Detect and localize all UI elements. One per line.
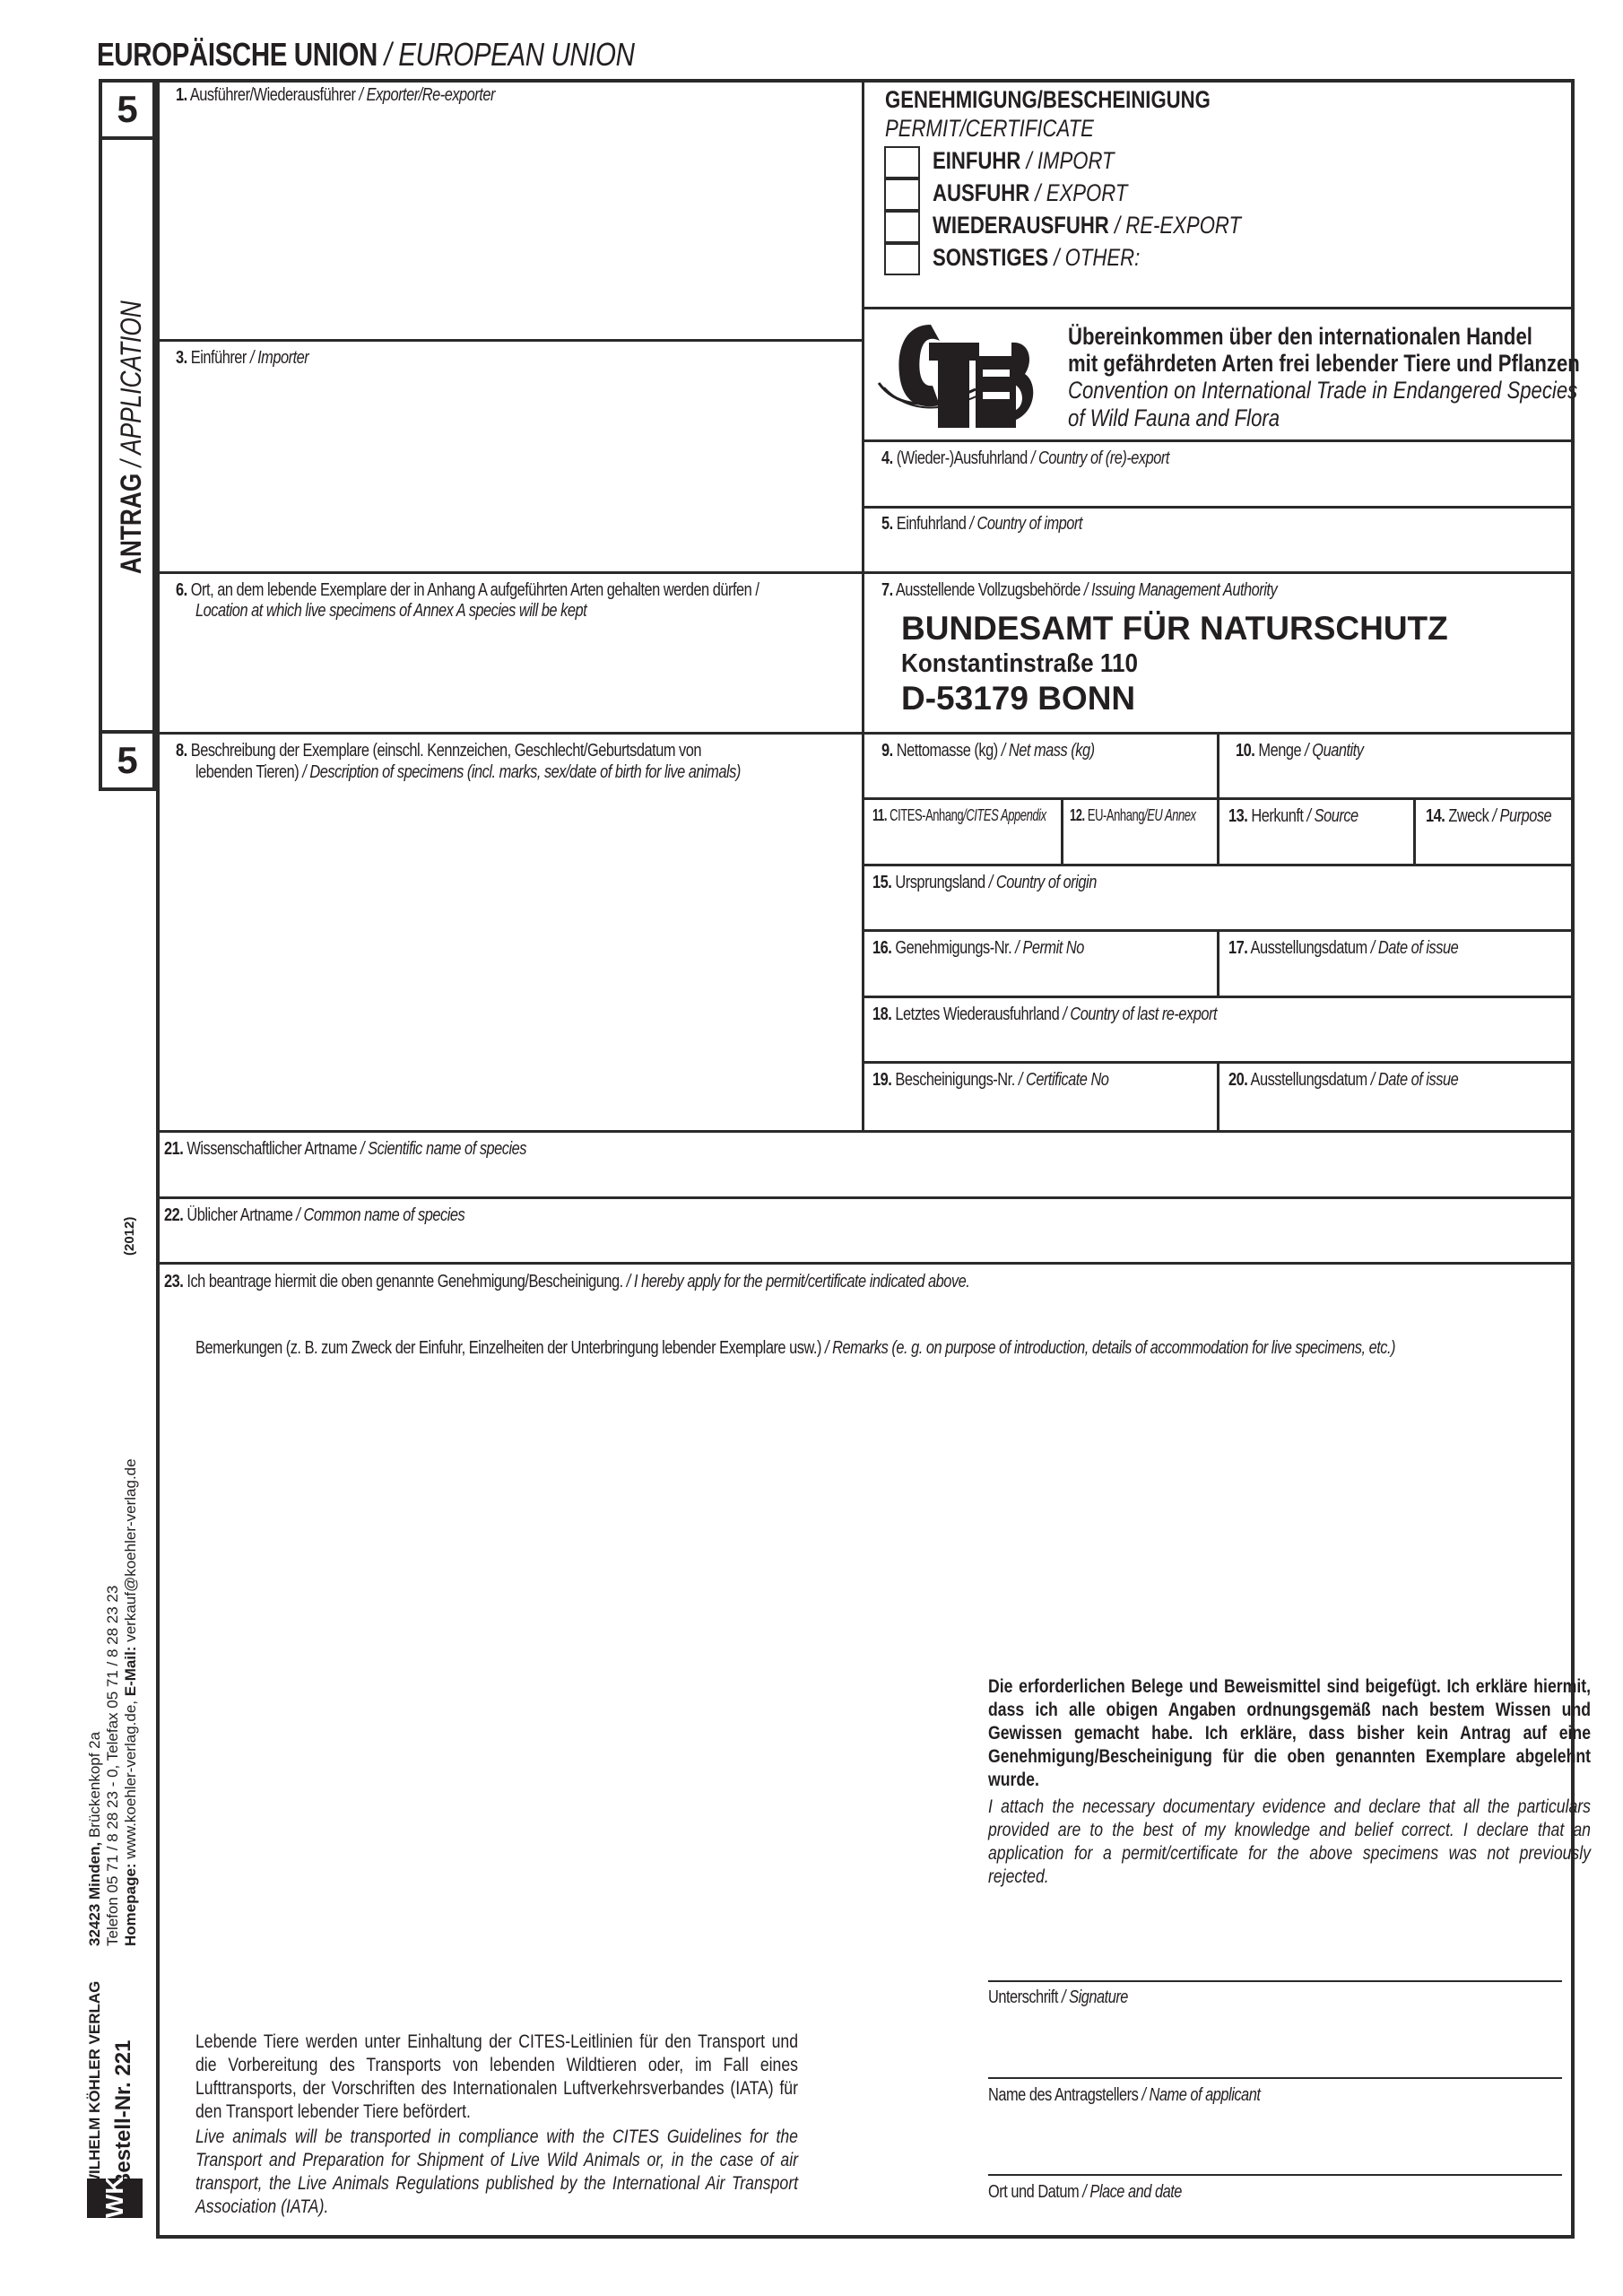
divider [862, 864, 1575, 866]
scientific-name-field[interactable] [176, 1162, 1557, 1193]
permit-date-field[interactable] [1228, 962, 1560, 991]
publisher-web: Homepage: www.koehler-verlag.de, E-Mail:… [122, 1458, 140, 1946]
field-10-label: 10. Menge / Quantity [1236, 741, 1363, 761]
divider [1217, 732, 1219, 864]
copy-number-top: 5 [99, 79, 156, 140]
field-13-label: 13. Herkunft / Source [1228, 806, 1358, 827]
section-label-de: ANTRAG [115, 474, 147, 574]
common-name-field[interactable] [176, 1229, 1557, 1259]
document-title: EUROPÄISCHE UNION / EUROPEAN UNION [97, 36, 635, 74]
divider [156, 1262, 1575, 1265]
checkbox-re-export[interactable] [884, 211, 920, 243]
declaration-en: I attach the necessary documentary evide… [988, 1796, 1591, 1889]
quantity-field[interactable] [1236, 764, 1558, 793]
remarks-label: Bemerkungen (z. B. zum Zweck der Einfuhr… [195, 1338, 1395, 1359]
place-date-field[interactable] [988, 2142, 1562, 2172]
publisher-address: 32423 Minden, Brückenkopf 2a [86, 1732, 104, 1946]
option-re-export: WIEDERAUSFUHR / RE-EXPORT [933, 212, 1241, 239]
divider [156, 1196, 1575, 1199]
divider [156, 339, 864, 342]
eu-annex-field[interactable] [1070, 830, 1213, 858]
cites-title-de-1: Übereinkommen über den internationalen H… [1068, 323, 1532, 351]
permit-title: GENEHMIGUNG/BESCHEINIGUNG [885, 86, 1211, 114]
applicant-name-field[interactable] [988, 2045, 1562, 2075]
applicant-label: Name des Antragstellers / Name of applic… [988, 2085, 1260, 2106]
location-field[interactable] [176, 628, 848, 726]
country-last-re-export-field[interactable] [872, 1029, 1563, 1057]
permit-subtitle: PERMIT/CERTIFICATE [885, 115, 1094, 143]
field-3-label: 3. Einführer / Importer [176, 348, 308, 369]
signature-field[interactable] [988, 1948, 1562, 1979]
cites-title-en-2: of Wild Fauna and Flora [1068, 404, 1280, 432]
field-9-label: 9. Nettomasse (kg) / Net mass (kg) [881, 741, 1095, 761]
authority-city: D-53179 BONN [901, 680, 1135, 717]
field-21-label: 21. Wissenschaftlicher Artname / Scienti… [164, 1139, 526, 1160]
declaration-de: Die erforderlichen Belege und Beweismitt… [988, 1675, 1591, 1792]
country-of-export-field[interactable] [881, 474, 1563, 502]
form-code: (2012) [122, 1217, 137, 1256]
title-de: EUROPÄISCHE UNION [97, 36, 378, 73]
importer-field[interactable] [176, 375, 848, 559]
divider [862, 506, 1575, 509]
authority-street: Konstantinstraße 110 [901, 649, 1138, 679]
signature-label: Unterschrift / Signature [988, 1987, 1128, 2008]
field-7-label: 7. Ausstellende Vollzugsbehörde / Issuin… [881, 580, 1277, 601]
divider [1061, 797, 1063, 864]
purpose-field[interactable] [1426, 830, 1569, 858]
certificate-number-field[interactable] [872, 1094, 1204, 1123]
field-4-label: 4. (Wieder-)Ausfuhrland / Country of (re… [881, 448, 1169, 469]
divider [1217, 1061, 1219, 1132]
authority-name: BUNDESAMT FÜR NATURSCHUTZ [901, 610, 1448, 648]
field-19-label: 19. Bescheinigungs-Nr. / Certificate No [872, 1070, 1108, 1091]
transport-note-de: Lebende Tiere werden unter Einhaltung de… [195, 2031, 798, 2124]
copy-number-bottom: 5 [99, 730, 156, 791]
cites-title-de-2: mit gefährdeten Arten frei lebender Tier… [1068, 350, 1580, 378]
field-16-label: 16. Genehmigungs-Nr. / Permit No [872, 938, 1084, 959]
field-5-label: 5. Einfuhrland / Country of import [881, 514, 1082, 535]
field-1-label: 1. Ausführer/Wiederausführer / Exporter/… [176, 85, 495, 106]
field-17-label: 17. Ausstellungsdatum / Date of issue [1228, 938, 1458, 959]
country-of-origin-field[interactable] [872, 897, 1563, 926]
publisher-logo: WK [87, 2179, 143, 2218]
divider [862, 439, 1575, 442]
publisher-name: WILHELM KÖHLER VERLAG [86, 1981, 104, 2188]
place-date-line [988, 2174, 1562, 2176]
divider [862, 996, 1575, 998]
divider [1413, 797, 1416, 864]
section-label-en: / APPLICATION [115, 300, 147, 466]
divider [156, 1130, 1575, 1133]
divider [156, 571, 1575, 574]
cites-logo-icon [877, 316, 1056, 432]
checkbox-import[interactable] [884, 146, 920, 178]
place-date-label: Ort und Datum / Place and date [988, 2182, 1182, 2203]
field-12-label: 12. EU-Anhang/EU Annex [1070, 806, 1196, 825]
option-export: AUSFUHR / EXPORT [933, 179, 1127, 207]
transport-note-en: Live animals will be transported in comp… [195, 2126, 798, 2219]
field-15-label: 15. Ursprungsland / Country of origin [872, 873, 1097, 893]
checkbox-other[interactable] [884, 243, 920, 275]
field-18-label: 18. Letztes Wiederausfuhrland / Country … [872, 1004, 1217, 1025]
publisher-phone: Telefon 05 71 / 8 28 23 - 0, Telefax 05 … [104, 1586, 122, 1946]
net-mass-field[interactable] [881, 764, 1204, 793]
order-number: Bestell-Nr. 221 [111, 2040, 136, 2188]
permit-number-field[interactable] [872, 962, 1204, 991]
field-6-label-en: Location at which live specimens of Anne… [195, 601, 586, 622]
signature-line [988, 1980, 1562, 1982]
divider [156, 732, 1575, 735]
remarks-field[interactable] [195, 1368, 1558, 1664]
exporter-field[interactable] [176, 112, 848, 327]
field-20-label: 20. Ausstellungsdatum / Date of issue [1228, 1070, 1458, 1091]
divider [1217, 929, 1219, 996]
option-other: SONSTIGES / OTHER: [933, 244, 1140, 272]
title-en: / EUROPEAN UNION [385, 36, 635, 73]
field-6-label: 6. Ort, an dem lebende Exemplare der in … [176, 580, 759, 601]
certificate-date-field[interactable] [1228, 1094, 1560, 1123]
description-field[interactable] [176, 789, 848, 1121]
cites-title-en-1: Convention on International Trade in End… [1068, 377, 1577, 404]
applicant-line [988, 2077, 1562, 2079]
column-divider [862, 79, 864, 1132]
section-label: ANTRAG / APPLICATION [115, 300, 148, 574]
divider [862, 307, 1575, 309]
field-8-label: 8. Beschreibung der Exemplare (einschl. … [176, 741, 701, 761]
field-14-label: 14. Zweck / Purpose [1426, 806, 1551, 827]
field-23-label: 23. Ich beantrage hiermit die oben genan… [164, 1272, 969, 1292]
source-field[interactable] [1228, 830, 1408, 858]
checkbox-export[interactable] [884, 178, 920, 211]
field-8-label-2: lebenden Tieren) / Description of specim… [195, 762, 741, 783]
option-import: EINFUHR / IMPORT [933, 147, 1115, 175]
cites-appendix-field[interactable] [872, 830, 1052, 858]
field-22-label: 22. Üblicher Artname / Common name of sp… [164, 1205, 464, 1226]
country-of-import-field[interactable] [881, 539, 1563, 568]
field-11-label: 11. CITES-Anhang/CITES Appendix [872, 806, 1046, 825]
